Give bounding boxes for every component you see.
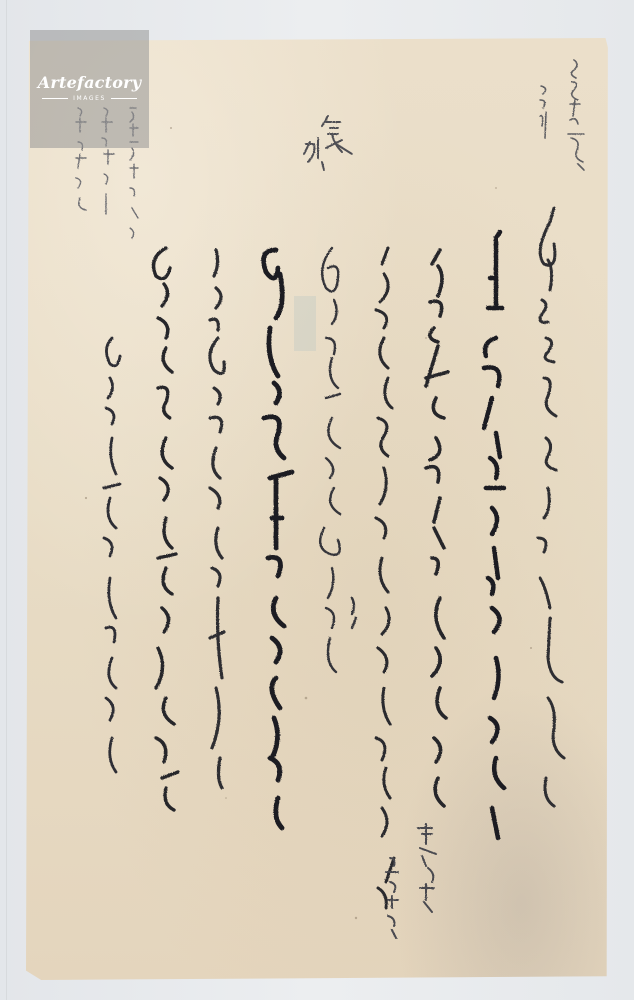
text-column-9 bbox=[104, 338, 120, 772]
backing-edge-line bbox=[6, 0, 7, 1000]
annotation-bottom-right bbox=[386, 824, 436, 938]
paper-specks bbox=[85, 127, 532, 919]
heading-mark bbox=[304, 116, 352, 170]
watermark-rule-left bbox=[42, 98, 68, 99]
text-column-4 bbox=[376, 248, 394, 908]
faded-stamp bbox=[294, 296, 316, 351]
text-column-6 bbox=[264, 250, 292, 828]
text-column-2 bbox=[484, 232, 504, 838]
annotation-top-right bbox=[540, 60, 584, 170]
text-column-3 bbox=[426, 250, 448, 806]
watermark-brand: Artefactory bbox=[38, 74, 141, 92]
text-column-5 bbox=[320, 248, 356, 672]
text-column-8 bbox=[154, 248, 178, 810]
text-column-1 bbox=[538, 208, 564, 806]
watermark-subtitle: IMAGES bbox=[73, 95, 106, 102]
watermark-rule-right bbox=[111, 98, 137, 99]
watermark-subtitle-row: IMAGES bbox=[42, 95, 137, 102]
manuscript-paper: Japanese calligraphy manuscript (cursive… bbox=[26, 38, 609, 980]
text-column-7 bbox=[210, 250, 224, 788]
calligraphy-ink bbox=[26, 38, 609, 980]
watermark-overlay: Artefactory IMAGES bbox=[30, 30, 149, 148]
